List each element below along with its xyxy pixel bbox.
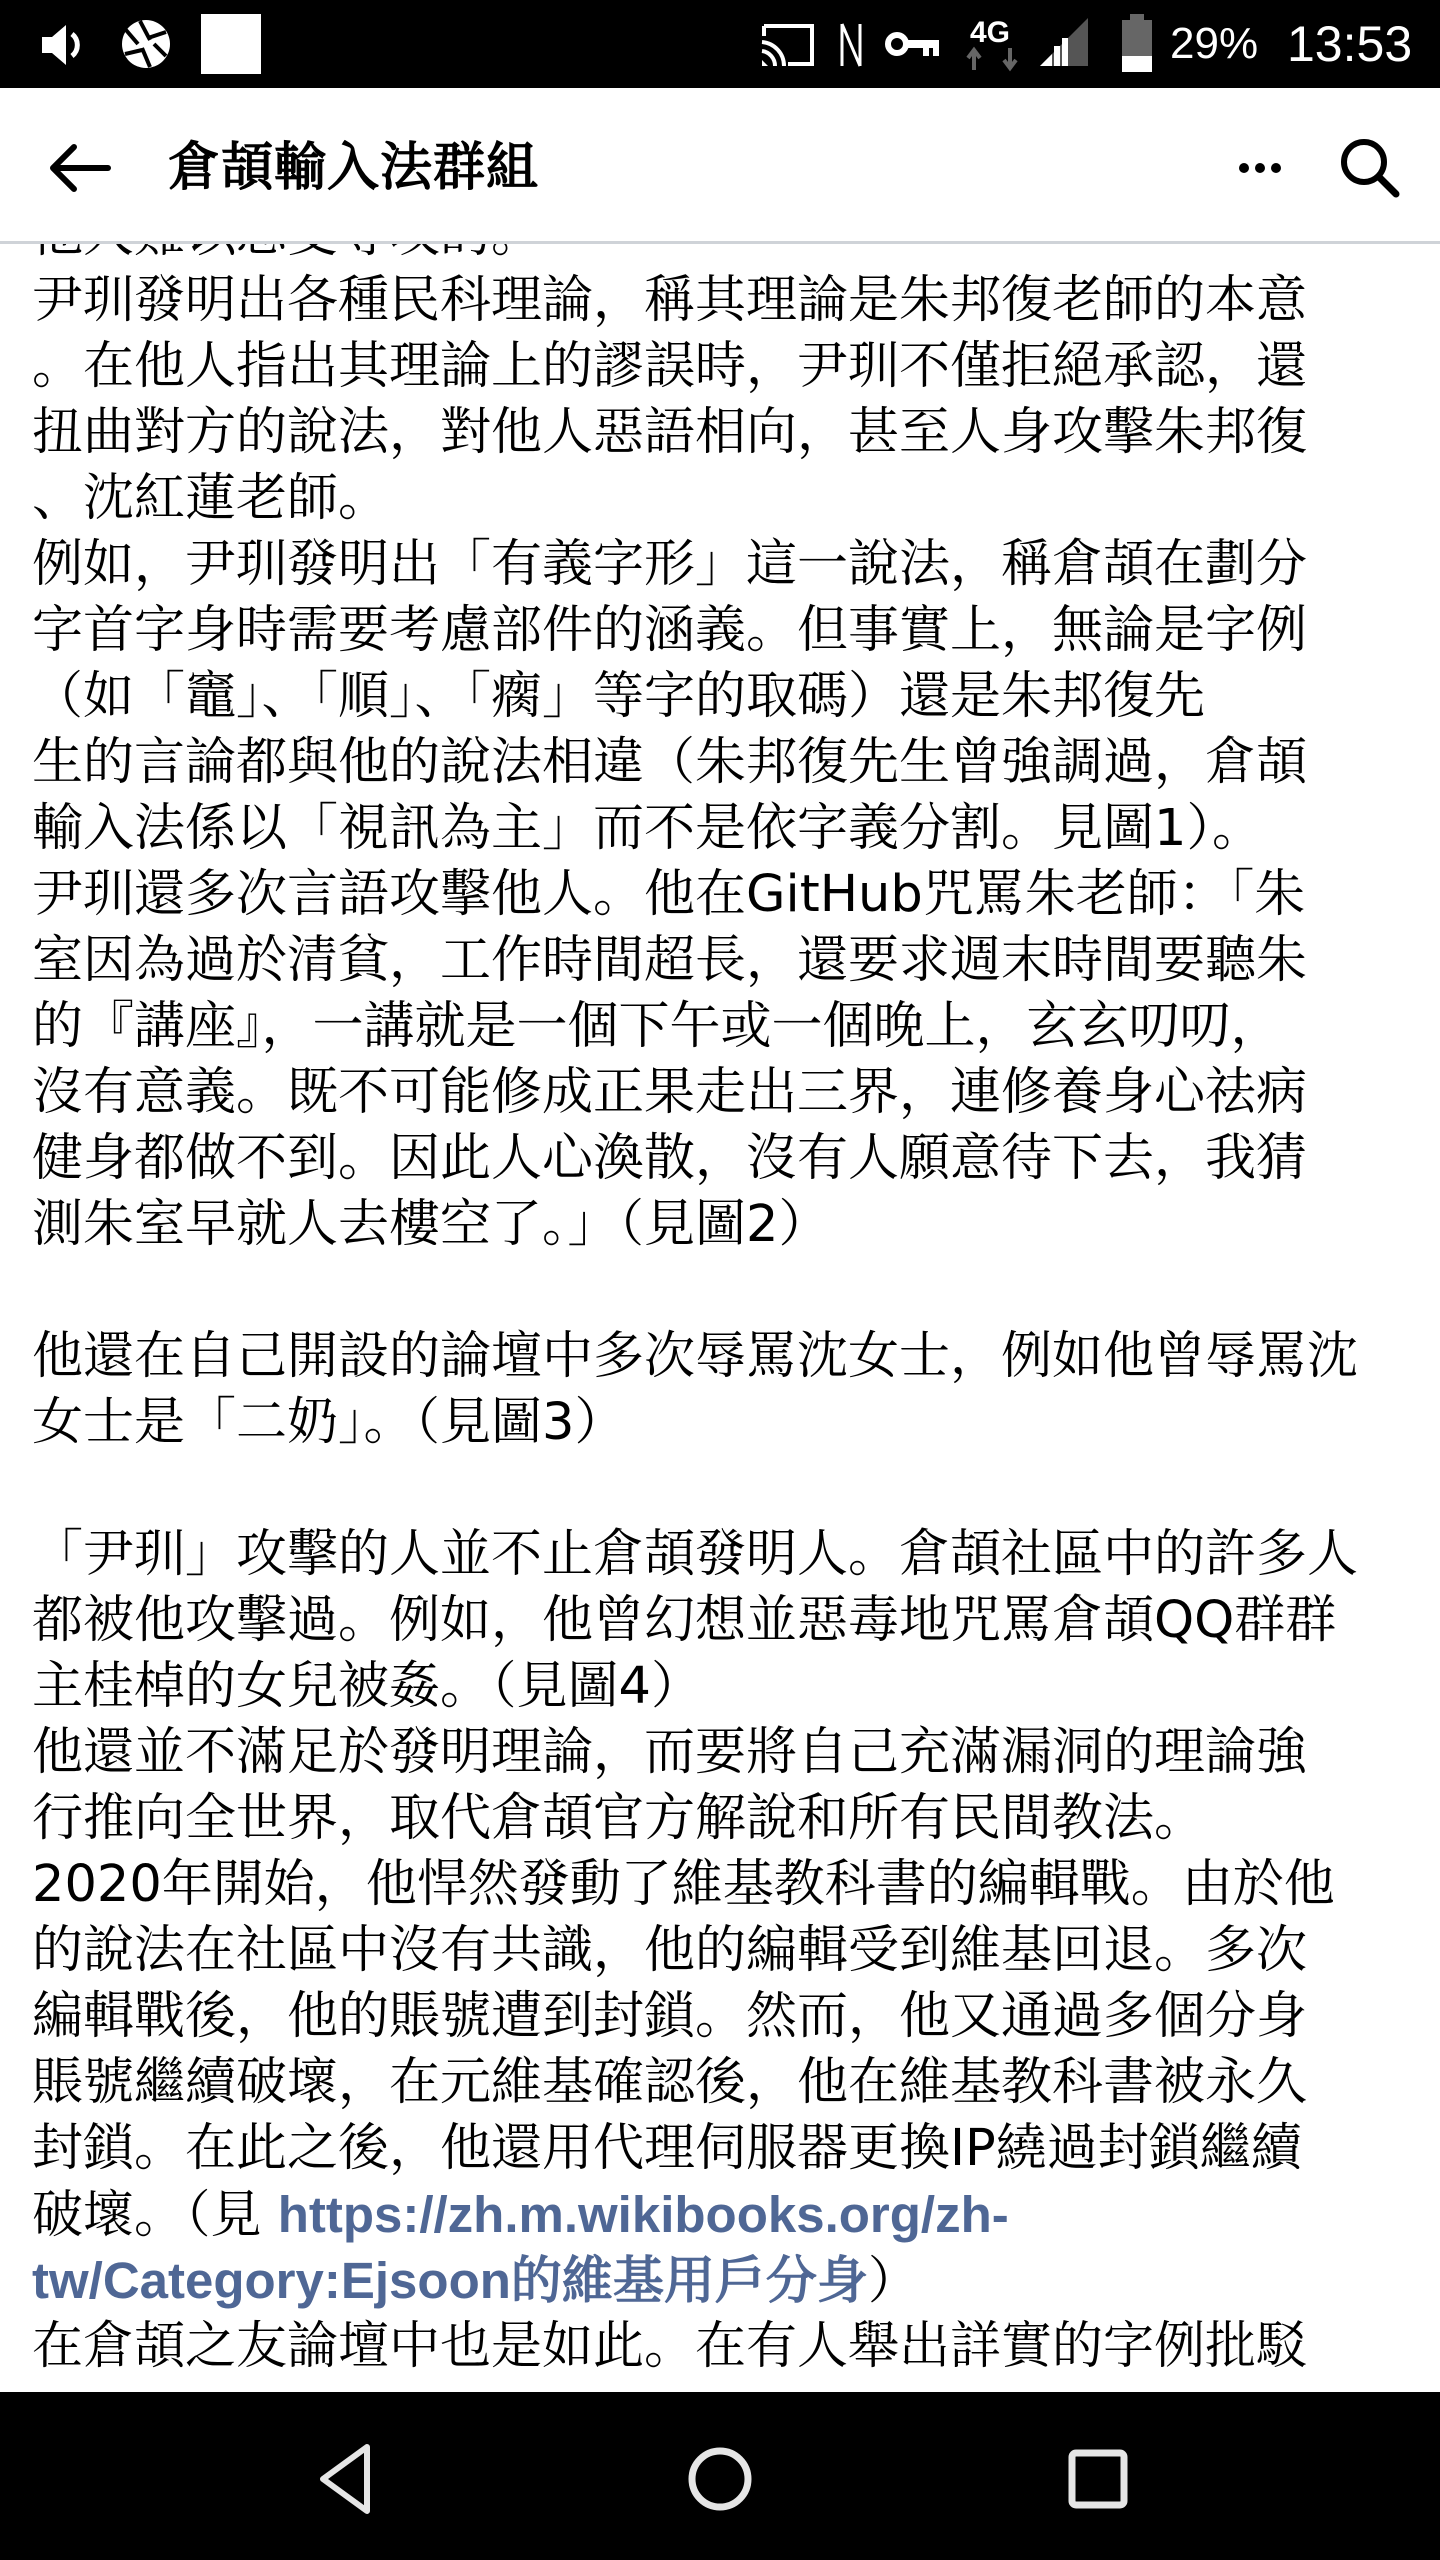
triangle-back-icon (313, 2443, 377, 2519)
link-prefix: 破壞。（見 (32, 2186, 278, 2245)
post-line: 輸入法係以「視訊為主」而不是依字義分割。見圖1）。 (32, 796, 1413, 862)
wikibooks-link-continued[interactable]: tw/Category:Ejsoon的維基用戶分身 (32, 2252, 868, 2309)
circle-home-icon (685, 2444, 755, 2518)
post-line: 賬號繼續破壞，在元維基確認後，他在維基教科書被永久 (32, 2050, 1413, 2116)
volume-icon (40, 22, 90, 72)
aperture-icon (120, 18, 172, 74)
svg-text:4G: 4G (970, 16, 1010, 49)
post-line: 字首字身時需要考慮部件的涵義。但事實上，無論是字例 (32, 598, 1413, 664)
post-line: 2020年開始，他悍然發動了維基教科書的編輯戰。由於他 (32, 1852, 1413, 1918)
more-options-button[interactable] (1225, 138, 1295, 198)
arrow-left-icon (48, 143, 112, 197)
post-line: 編輯戰後，他的賬號遭到封鎖。然而，他又通過多個分身 (32, 1984, 1413, 2050)
post-line: 他還在自己開設的論壇中多次辱罵沈女士，例如他曾辱罵沈 (32, 1324, 1413, 1390)
post-line: 主桂棹的女兒被姦。（見圖4） (32, 1654, 1413, 1720)
wikibooks-link[interactable]: https://zh.m.wikibooks.org/zh- (278, 2186, 1009, 2243)
clock: 13:53 (1287, 14, 1412, 74)
page-title: 倉頡輸入法群組 (168, 132, 539, 204)
post-line: 「尹玔」攻擊的人並不止倉頡發明人。倉頡社區中的許多人 (32, 1522, 1413, 1588)
app-header: 倉頡輸入法群組 (0, 88, 1440, 244)
post-line: （如「竈」、「順」、「瘸」等字的取碼）還是朱邦復先 (32, 664, 1413, 730)
post-line: 都被他攻擊過。例如，他曾幻想並惡毒地咒罵倉頡QQ群群 (32, 1588, 1413, 1654)
post-body: 他人難以忍受等攻的。 尹玔發明出各種民科理論，稱其理論是朱邦復老師的本意 。在他… (32, 244, 1413, 2380)
post-line-with-link: 破壞。（見 https://zh.m.wikibooks.org/zh- (32, 2182, 1413, 2248)
nav-home-button[interactable] (675, 2436, 765, 2526)
signal-icon (1038, 16, 1090, 72)
cast-icon (760, 22, 816, 72)
search-icon (1338, 136, 1402, 204)
post-line-with-link: tw/Category:Ejsoon的維基用戶分身） (32, 2248, 1413, 2314)
back-button[interactable] (40, 130, 120, 210)
post-line: 的『講座』，一講就是一個下午或一個晚上，玄玄叨叨， (32, 994, 1413, 1060)
post-line: 、沈紅蓮老師。 (32, 466, 1413, 532)
white-square-notification-icon (201, 14, 261, 74)
post-line: 的說法在社區中沒有共識，他的編輯受到維基回退。多次 (32, 1918, 1413, 1984)
post-line: 封鎖。在此之後，他還用代理伺服器更換IP繞過封鎖繼續 (32, 2116, 1413, 2182)
post-line: 尹玔發明出各種民科理論，稱其理論是朱邦復老師的本意 (32, 268, 1413, 334)
post-line: 尹玔還多次言語攻擊他人。他在GitHub咒罵朱老師：「朱 (32, 862, 1413, 928)
post-line: 室因為過於清貧，工作時間超長，還要求週末時間要聽朱 (32, 928, 1413, 994)
post-line: 例如，尹玔發明出「有義字形」這一說法，稱倉頡在劃分 (32, 532, 1413, 598)
post-line: 生的言論都與他的說法相違（朱邦復先生曾強調過，倉頡 (32, 730, 1413, 796)
post-line: 。在他人指出其理論上的謬誤時，尹玔不僅拒絕承認，還 (32, 334, 1413, 400)
post-line: 健身都做不到。因此人心渙散，沒有人願意待下去，我猜 (32, 1126, 1413, 1192)
status-bar: 4G 29% 13:53 (0, 0, 1440, 88)
system-nav-bar (0, 2392, 1440, 2560)
post-line: 行推向全世界，取代倉頡官方解說和所有民間教法。 (32, 1786, 1413, 1852)
search-button[interactable] (1330, 130, 1410, 210)
battery-icon (1120, 14, 1154, 76)
battery-percent: 29% (1170, 14, 1258, 74)
post-content[interactable]: 他人難以忍受等攻的。 尹玔發明出各種民科理論，稱其理論是朱邦復老師的本意 。在他… (0, 244, 1440, 2392)
post-line: 沒有意義。既不可能修成正果走出三界，連修養身心祛病 (32, 1060, 1413, 1126)
ellipsis-icon (1238, 159, 1282, 178)
vpn-key-icon (885, 30, 941, 64)
link-suffix: ） (868, 2252, 919, 2311)
post-blank-line (32, 1258, 1413, 1324)
nav-recents-button[interactable] (1053, 2436, 1143, 2526)
post-blank-line (32, 1456, 1413, 1522)
post-line: 他還並不滿足於發明理論，而要將自己充滿漏洞的理論強 (32, 1720, 1413, 1786)
post-line: 測朱室早就人去樓空了。」（見圖2） (32, 1192, 1413, 1258)
nfc-icon (836, 20, 866, 74)
post-line: 扭曲對方的說法，對他人惡語相向，甚至人身攻擊朱邦復 (32, 400, 1413, 466)
nav-back-button[interactable] (300, 2436, 390, 2526)
4g-data-icon: 4G (962, 12, 1022, 76)
post-line: 在倉頡之友論壇中也是如此。在有人舉出詳實的字例批駁 (32, 2314, 1413, 2380)
post-line: 他人難以忍受等攻的。 (32, 244, 1413, 268)
square-recents-icon (1066, 2447, 1130, 2515)
post-line: 女士是「二奶」。（見圖3） (32, 1390, 1413, 1456)
